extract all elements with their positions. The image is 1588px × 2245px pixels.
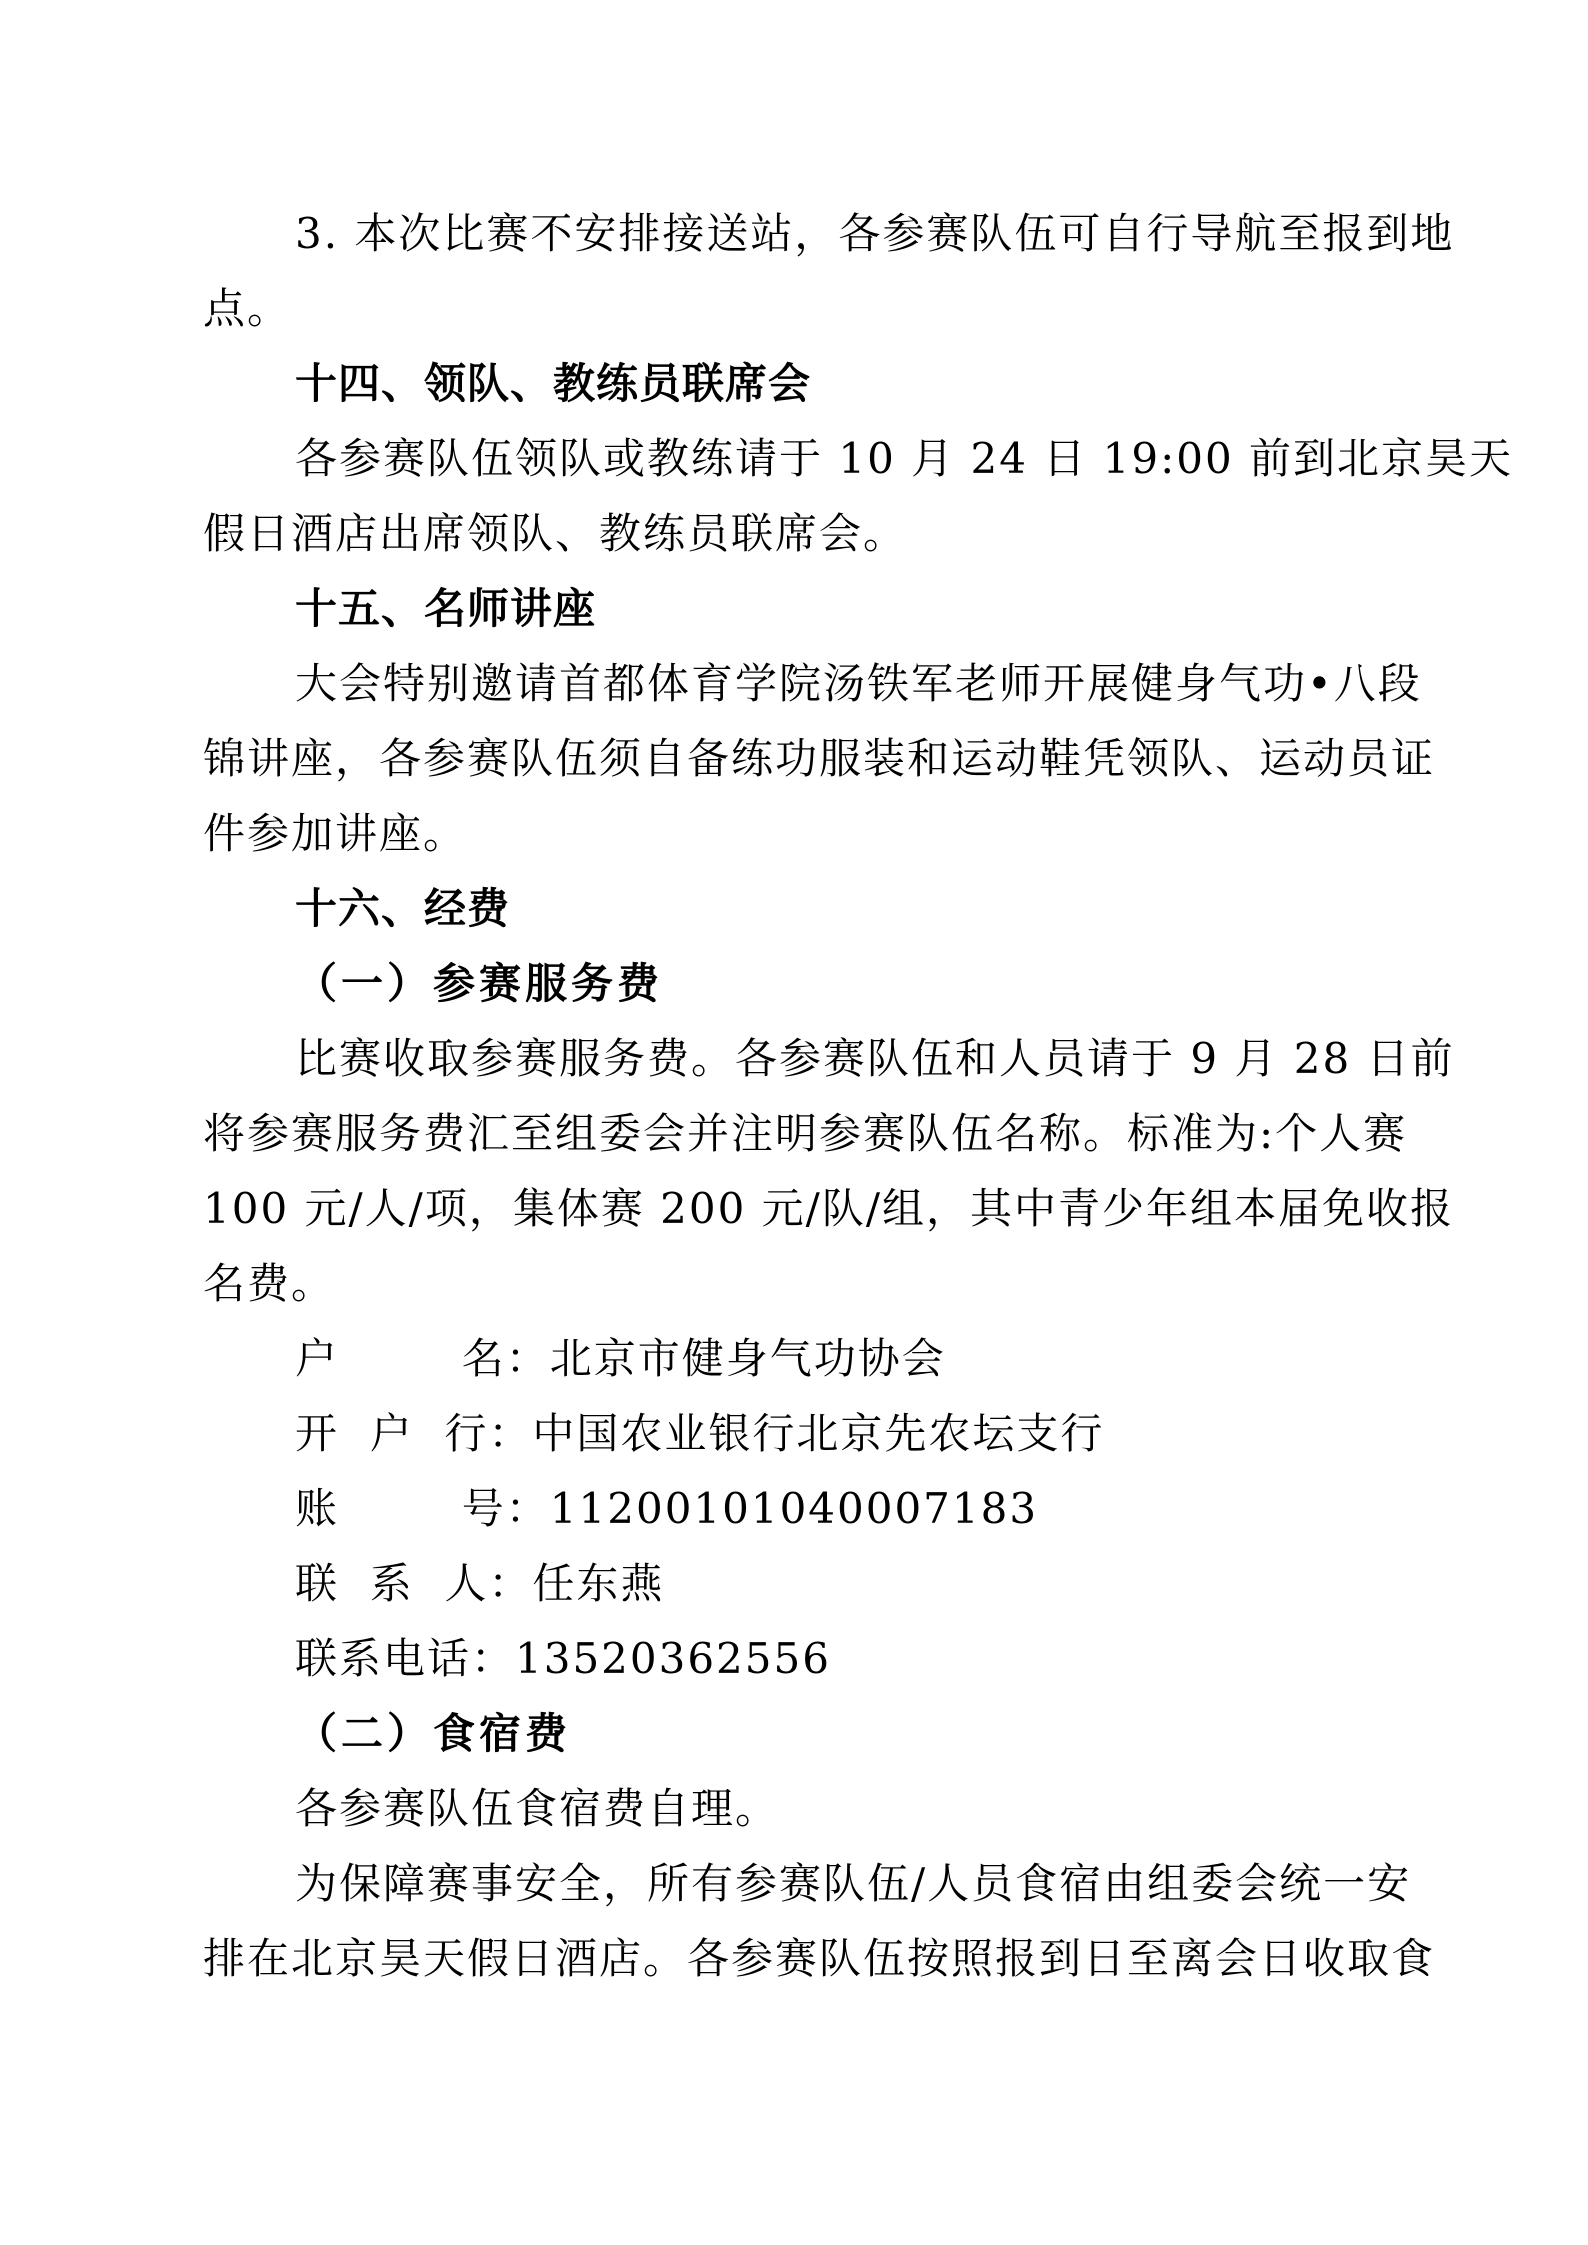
contact-person-line: 联 系 人：任东燕 [203, 1546, 1393, 1621]
document-text-block: 3. 本次比赛不安排接送站，各参赛队伍可自行导航至报到地 点。 十四、领队、教练… [203, 196, 1393, 1996]
subsection-heading-2: （二）食宿费 [203, 1696, 1393, 1771]
paragraph-line: 100 元/人/项，集体赛 200 元/队/组，其中青少年组本届免收报 [203, 1171, 1393, 1246]
paragraph-line: 各参赛队伍食宿费自理。 [203, 1771, 1393, 1846]
paragraph-line: 假日酒店出席领队、教练员联席会。 [203, 496, 1393, 571]
paragraph-line: 3. 本次比赛不安排接送站，各参赛队伍可自行导航至报到地 [203, 196, 1393, 271]
paragraph-line: 将参赛服务费汇至组委会并注明参赛队伍名称。标准为:个人赛 [203, 1096, 1393, 1171]
paragraph-line: 件参加讲座。 [203, 796, 1393, 871]
document-page: 3. 本次比赛不安排接送站，各参赛队伍可自行导航至报到地 点。 十四、领队、教练… [0, 0, 1588, 2245]
paragraph-line: 锦讲座，各参赛队伍须自备练功服装和运动鞋凭领队、运动员证 [203, 721, 1393, 796]
bank-branch-line: 开 户 行：中国农业银行北京先农坛支行 [203, 1396, 1393, 1471]
paragraph-line: 各参赛队伍领队或教练请于 10 月 24 日 19:00 前到北京昊天 [203, 421, 1393, 496]
section-heading-15: 十五、名师讲座 [203, 571, 1393, 646]
paragraph-line: 比赛收取参赛服务费。各参赛队伍和人员请于 9 月 28 日前 [203, 1021, 1393, 1096]
paragraph-line: 点。 [203, 271, 1393, 346]
bank-account-name-line: 户 名：北京市健身气功协会 [203, 1321, 1393, 1396]
paragraph-line: 排在北京昊天假日酒店。各参赛队伍按照报到日至离会日收取食 [203, 1921, 1393, 1996]
contact-phone-line: 联系电话：13520362556 [203, 1621, 1393, 1696]
section-heading-14: 十四、领队、教练员联席会 [203, 346, 1393, 421]
paragraph-line: 为保障赛事安全，所有参赛队伍/人员食宿由组委会统一安 [203, 1846, 1393, 1921]
paragraph-line: 大会特别邀请首都体育学院汤铁军老师开展健身气功•八段 [203, 646, 1393, 721]
paragraph-line: 名费。 [203, 1246, 1393, 1321]
subsection-heading-1: （一）参赛服务费 [203, 946, 1393, 1021]
bank-account-number-line: 账 号：11200101040007183 [203, 1471, 1393, 1546]
section-heading-16: 十六、经费 [203, 871, 1393, 946]
